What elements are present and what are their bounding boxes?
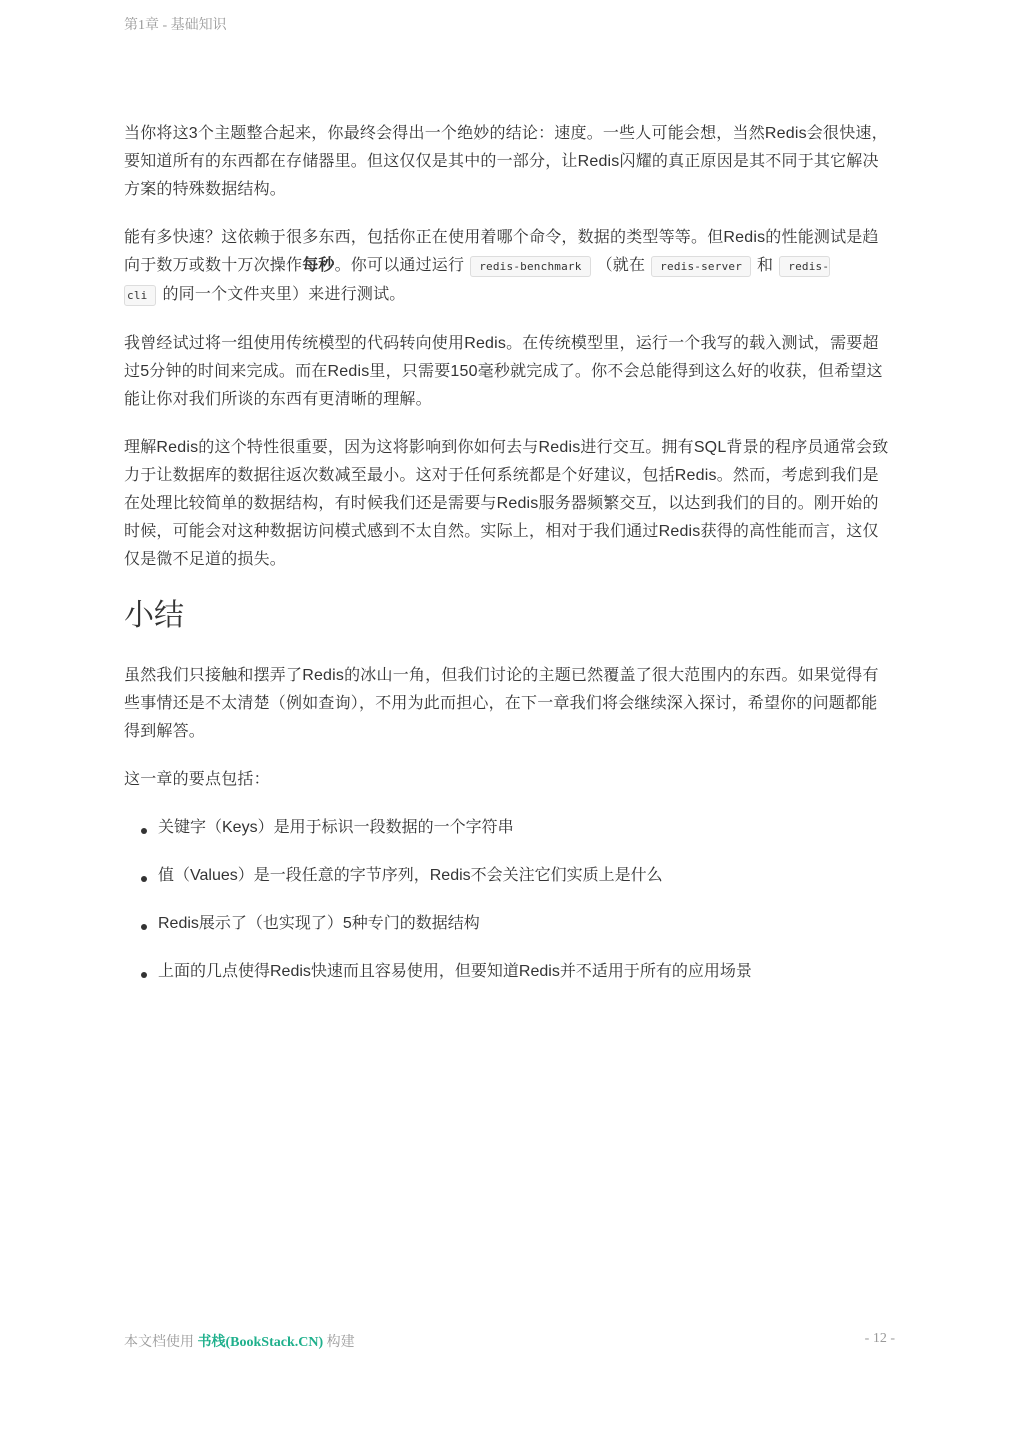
- bullet-icon: [141, 876, 147, 882]
- paragraph-interaction: 理解Redis的这个特性很重要，因为这将影响到你如何去与Redis进行交互。拥有…: [124, 434, 892, 574]
- list-item-text: 关键字（Keys）是用于标识一段数据的一个字符串: [158, 819, 514, 836]
- paragraph-benchmark: 能有多快速？这依赖于很多东西，包括你正在使用着哪个命令，数据的类型等等。但Red…: [124, 224, 892, 310]
- code-redis-server: redis-server: [651, 256, 751, 277]
- list-item-text: 上面的几点使得Redis快速而且容易使用，但要知道Redis并不适用于所有的应用…: [158, 963, 752, 980]
- list-item: 值（Values）是一段任意的字节序列，Redis不会关注它们实质上是什么: [124, 862, 892, 890]
- list-item: 上面的几点使得Redis快速而且容易使用，但要知道Redis并不适用于所有的应用…: [124, 958, 892, 986]
- code-redis-cli-part2: cli: [124, 285, 156, 306]
- text: 。你可以通过运行: [335, 257, 465, 274]
- section-title-summary: 小结: [124, 596, 892, 636]
- running-header: 第1章 - 基础知识: [124, 14, 227, 34]
- list-item-text: Redis展示了（也实现了）5种专门的数据结构: [158, 915, 480, 932]
- bullet-icon: [141, 972, 147, 978]
- text: 的同一个文件夹里）来进行测试。: [162, 286, 405, 303]
- paragraph-load-test: 我曾经试过将一组使用传统模型的代码转向使用Redis。在传统模型里，运行一个我写…: [124, 330, 892, 414]
- document-body: 当你将这3个主题整合起来，你最终会得出一个绝妙的结论：速度。一些人可能会想，当然…: [124, 120, 892, 1006]
- code-redis-benchmark: redis-benchmark: [470, 256, 590, 277]
- code-redis-cli-part1: redis-: [779, 256, 830, 277]
- list-item: Redis展示了（也实现了）5种专门的数据结构: [124, 910, 892, 938]
- bold-text: 每秒: [302, 257, 334, 274]
- paragraph-key-points-intro: 这一章的要点包括：: [124, 766, 892, 794]
- bookstack-link[interactable]: 书栈(BookStack.CN): [198, 1335, 324, 1350]
- running-footer: 本文档使用 书栈(BookStack.CN) 构建 - 12 -: [124, 1331, 895, 1351]
- key-points-list: 关键字（Keys）是用于标识一段数据的一个字符串 值（Values）是一段任意的…: [124, 814, 892, 986]
- bullet-icon: [141, 828, 147, 834]
- bullet-icon: [141, 924, 147, 930]
- list-item: 关键字（Keys）是用于标识一段数据的一个字符串: [124, 814, 892, 842]
- footer-credit: 本文档使用 书栈(BookStack.CN) 构建: [124, 1331, 355, 1351]
- text: 和: [757, 257, 773, 274]
- paragraph-speed-conclusion: 当你将这3个主题整合起来，你最终会得出一个绝妙的结论：速度。一些人可能会想，当然…: [124, 120, 892, 204]
- footer-suffix: 构建: [323, 1335, 355, 1350]
- list-item-text: 值（Values）是一段任意的字节序列，Redis不会关注它们实质上是什么: [158, 867, 663, 884]
- text: （就在: [597, 257, 646, 274]
- footer-prefix: 本文档使用: [124, 1335, 198, 1350]
- page-number: - 12 -: [865, 1331, 895, 1351]
- paragraph-summary: 虽然我们只接触和摆弄了Redis的冰山一角，但我们讨论的主题已然覆盖了很大范围内…: [124, 662, 892, 746]
